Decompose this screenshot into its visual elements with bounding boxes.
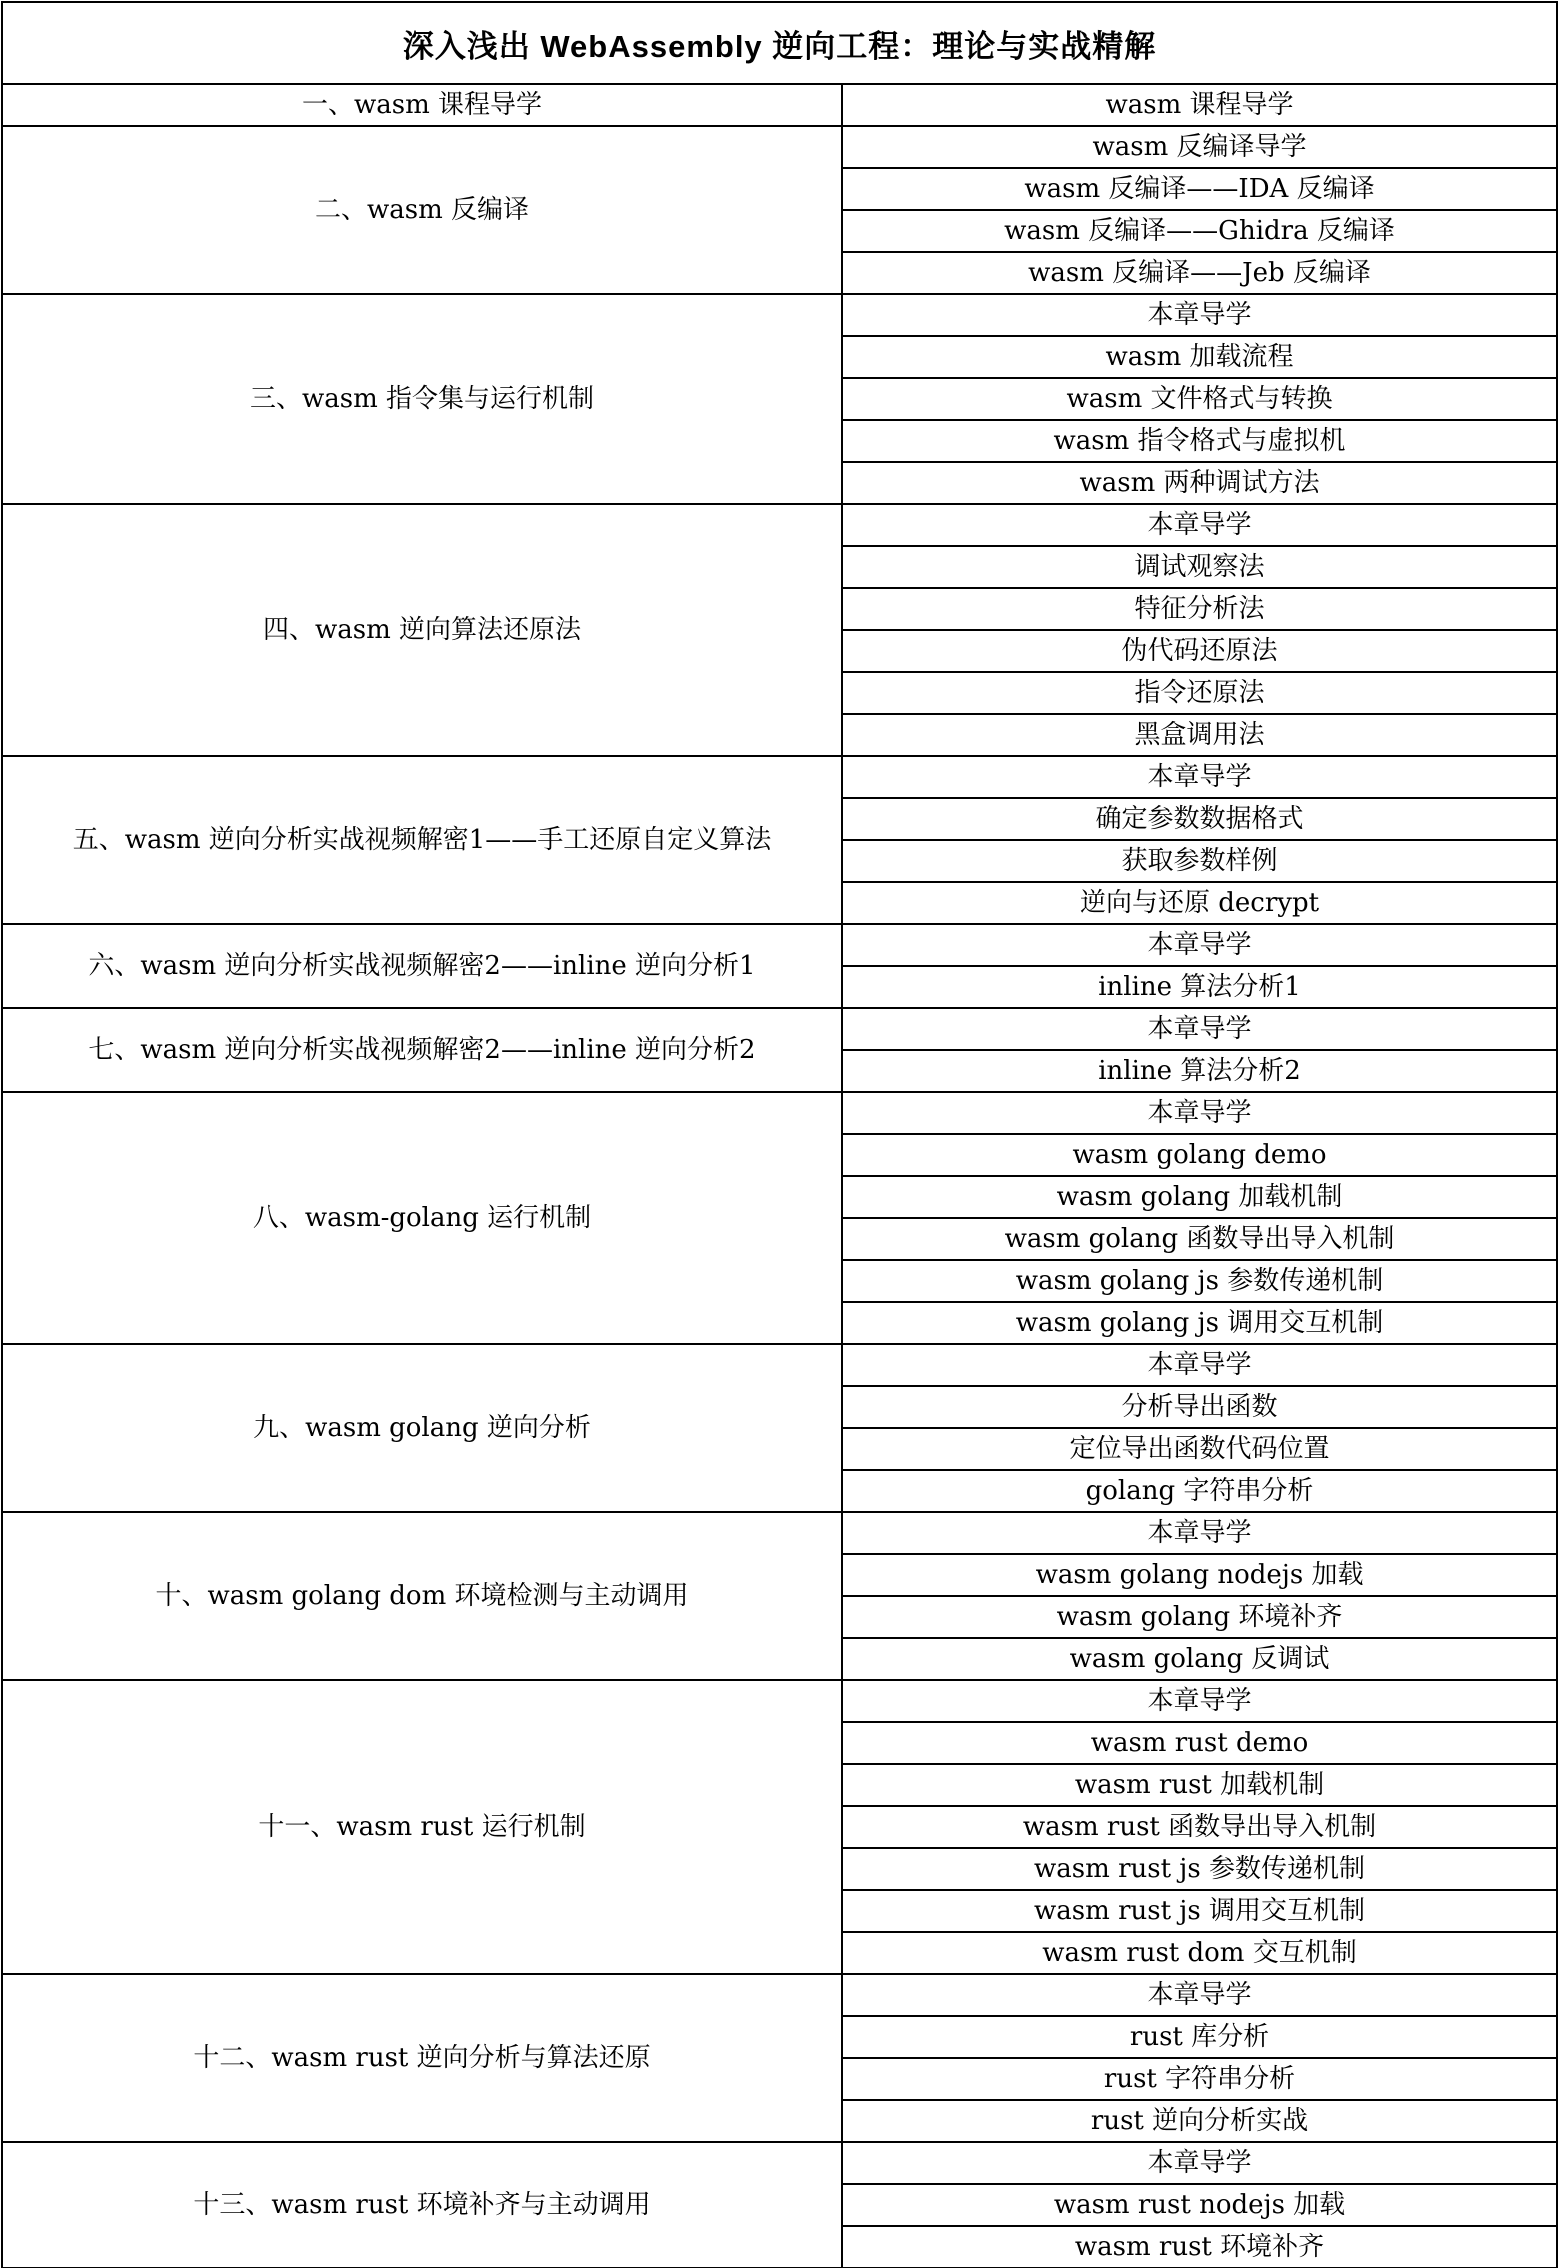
table-row: 十二、wasm rust 逆向分析与算法还原本章导学 (2, 1974, 1557, 2016)
lesson-cell: wasm 两种调试方法 (842, 462, 1557, 504)
lesson-cell: wasm golang 环境补齐 (842, 1596, 1557, 1638)
title-row: 深入浅出 WebAssembly 逆向工程：理论与实战精解 (2, 2, 1557, 84)
lesson-cell: 伪代码还原法 (842, 630, 1557, 672)
lesson-cell: 本章导学 (842, 1344, 1557, 1386)
lesson-cell: 本章导学 (842, 924, 1557, 966)
lesson-cell: wasm rust js 参数传递机制 (842, 1848, 1557, 1890)
lesson-cell: wasm rust 环境补齐 (842, 2226, 1557, 2268)
lesson-cell: wasm 反编译导学 (842, 126, 1557, 168)
lesson-cell: wasm 反编译——Jeb 反编译 (842, 252, 1557, 294)
lesson-cell: 本章导学 (842, 1512, 1557, 1554)
table-row: 十一、wasm rust 运行机制本章导学 (2, 1680, 1557, 1722)
table-row: 二、wasm 反编译wasm 反编译导学 (2, 126, 1557, 168)
document-page: 深入浅出 WebAssembly 逆向工程：理论与实战精解 一、wasm 课程导… (0, 0, 1559, 2268)
chapter-cell: 十一、wasm rust 运行机制 (2, 1680, 842, 1974)
chapter-cell: 十、wasm golang dom 环境检测与主动调用 (2, 1512, 842, 1680)
table-row: 七、wasm 逆向分析实战视频解密2——inline 逆向分析2本章导学 (2, 1008, 1557, 1050)
lesson-cell: wasm golang nodejs 加载 (842, 1554, 1557, 1596)
lesson-cell: 本章导学 (842, 756, 1557, 798)
table-row: 五、wasm 逆向分析实战视频解密1——手工还原自定义算法本章导学 (2, 756, 1557, 798)
chapter-cell: 六、wasm 逆向分析实战视频解密2——inline 逆向分析1 (2, 924, 842, 1008)
lesson-cell: wasm golang 加载机制 (842, 1176, 1557, 1218)
lesson-cell: inline 算法分析2 (842, 1050, 1557, 1092)
table-row: 三、wasm 指令集与运行机制本章导学 (2, 294, 1557, 336)
lesson-cell: golang 字符串分析 (842, 1470, 1557, 1512)
lesson-cell: wasm golang js 参数传递机制 (842, 1260, 1557, 1302)
lesson-cell: 本章导学 (842, 2142, 1557, 2184)
lesson-cell: rust 逆向分析实战 (842, 2100, 1557, 2142)
chapter-cell: 八、wasm-golang 运行机制 (2, 1092, 842, 1344)
lesson-cell: wasm rust demo (842, 1722, 1557, 1764)
table-row: 九、wasm golang 逆向分析本章导学 (2, 1344, 1557, 1386)
table-row: 十三、wasm rust 环境补齐与主动调用本章导学 (2, 2142, 1557, 2184)
lesson-cell: wasm golang js 调用交互机制 (842, 1302, 1557, 1344)
chapter-cell: 四、wasm 逆向算法还原法 (2, 504, 842, 756)
page-title: 深入浅出 WebAssembly 逆向工程：理论与实战精解 (2, 2, 1557, 84)
lesson-cell: 获取参数样例 (842, 840, 1557, 882)
lesson-cell: wasm rust 函数导出导入机制 (842, 1806, 1557, 1848)
chapter-cell: 九、wasm golang 逆向分析 (2, 1344, 842, 1512)
lesson-cell: inline 算法分析1 (842, 966, 1557, 1008)
table-row: 一、wasm 课程导学wasm 课程导学 (2, 84, 1557, 126)
lesson-cell: wasm rust js 调用交互机制 (842, 1890, 1557, 1932)
lesson-cell: wasm 指令格式与虚拟机 (842, 420, 1557, 462)
lesson-cell: 定位导出函数代码位置 (842, 1428, 1557, 1470)
table-row: 六、wasm 逆向分析实战视频解密2——inline 逆向分析1本章导学 (2, 924, 1557, 966)
table-row: 八、wasm-golang 运行机制本章导学 (2, 1092, 1557, 1134)
table-row: 十、wasm golang dom 环境检测与主动调用本章导学 (2, 1512, 1557, 1554)
lesson-cell: wasm golang 反调试 (842, 1638, 1557, 1680)
lesson-cell: 本章导学 (842, 1974, 1557, 2016)
lesson-cell: 本章导学 (842, 1092, 1557, 1134)
lesson-cell: 黑盒调用法 (842, 714, 1557, 756)
table-row: 四、wasm 逆向算法还原法本章导学 (2, 504, 1557, 546)
lesson-cell: wasm golang 函数导出导入机制 (842, 1218, 1557, 1260)
lesson-cell: 本章导学 (842, 504, 1557, 546)
chapter-cell: 二、wasm 反编译 (2, 126, 842, 294)
lesson-cell: 指令还原法 (842, 672, 1557, 714)
course-table-body: 一、wasm 课程导学wasm 课程导学二、wasm 反编译wasm 反编译导学… (2, 84, 1557, 2268)
lesson-cell: wasm rust nodejs 加载 (842, 2184, 1557, 2226)
lesson-cell: wasm 课程导学 (842, 84, 1557, 126)
lesson-cell: wasm 文件格式与转换 (842, 378, 1557, 420)
lesson-cell: wasm rust dom 交互机制 (842, 1932, 1557, 1974)
lesson-cell: 本章导学 (842, 1008, 1557, 1050)
lesson-cell: wasm golang demo (842, 1134, 1557, 1176)
lesson-cell: 分析导出函数 (842, 1386, 1557, 1428)
chapter-cell: 七、wasm 逆向分析实战视频解密2——inline 逆向分析2 (2, 1008, 842, 1092)
chapter-cell: 十二、wasm rust 逆向分析与算法还原 (2, 1974, 842, 2142)
lesson-cell: 特征分析法 (842, 588, 1557, 630)
course-table: 深入浅出 WebAssembly 逆向工程：理论与实战精解 一、wasm 课程导… (1, 1, 1558, 2268)
lesson-cell: wasm 加载流程 (842, 336, 1557, 378)
chapter-cell: 五、wasm 逆向分析实战视频解密1——手工还原自定义算法 (2, 756, 842, 924)
lesson-cell: 本章导学 (842, 1680, 1557, 1722)
lesson-cell: 调试观察法 (842, 546, 1557, 588)
chapter-cell: 十三、wasm rust 环境补齐与主动调用 (2, 2142, 842, 2268)
lesson-cell: 确定参数数据格式 (842, 798, 1557, 840)
lesson-cell: wasm 反编译——Ghidra 反编译 (842, 210, 1557, 252)
chapter-cell: 三、wasm 指令集与运行机制 (2, 294, 842, 504)
lesson-cell: 逆向与还原 decrypt (842, 882, 1557, 924)
lesson-cell: rust 库分析 (842, 2016, 1557, 2058)
lesson-cell: wasm rust 加载机制 (842, 1764, 1557, 1806)
lesson-cell: 本章导学 (842, 294, 1557, 336)
lesson-cell: rust 字符串分析 (842, 2058, 1557, 2100)
chapter-cell: 一、wasm 课程导学 (2, 84, 842, 126)
lesson-cell: wasm 反编译——IDA 反编译 (842, 168, 1557, 210)
